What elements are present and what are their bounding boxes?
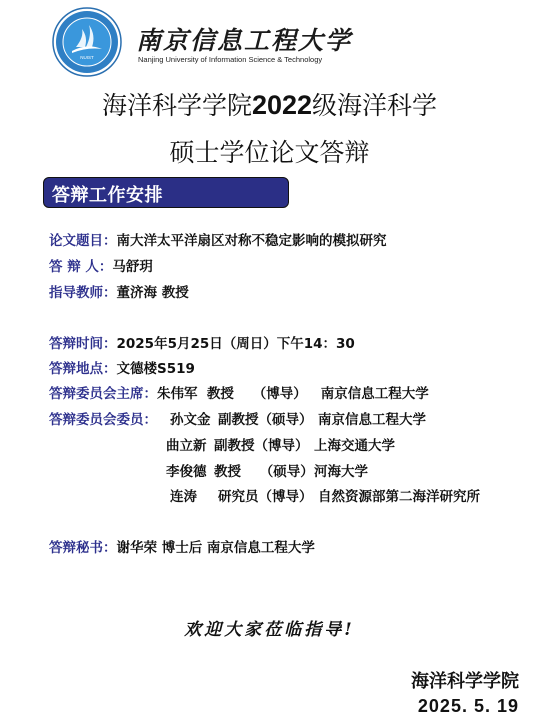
advisor-row: 指导教师：董济海 教授: [49, 284, 189, 302]
defender-name: 马舒玥: [112, 259, 153, 275]
university-logo: NUIST 南京信息工程大学 Nanjing University of Inf…: [52, 7, 312, 73]
defense-place-row: 答辩地点：文德楼S519: [49, 360, 195, 378]
svg-text:NUIST: NUIST: [80, 55, 94, 60]
thesis-topic-label: 论文题目：: [49, 233, 117, 249]
university-name-en: Nanjing University of Information Scienc…: [138, 55, 322, 64]
secretary: 谢华荣 博士后 南京信息工程大学: [117, 540, 315, 556]
page-title-line1: 海洋科学学院2022级海洋科学: [0, 86, 539, 122]
defense-place-label: 答辩地点：: [49, 361, 117, 377]
defense-time-label: 答辩时间：: [49, 336, 117, 352]
page-title-line2: 硕士学位论文答辩: [0, 133, 539, 169]
committee-member-row: 李俊德教授 （硕导）河海大学: [166, 463, 368, 481]
advisor-name: 董济海 教授: [117, 285, 189, 301]
committee-members-label-row: 答辩委员会委员：: [49, 411, 157, 429]
thesis-topic: 南大洋太平洋扇区对称不稳定影响的模拟研究: [117, 233, 387, 249]
notice-date: 2025. 5. 19: [418, 696, 519, 717]
section-header: 答辩工作安排: [43, 177, 289, 208]
university-seal-icon: NUIST: [52, 7, 122, 77]
defense-time-row: 答辩时间：2025年5月25日（周日）下午14：30: [49, 335, 355, 353]
defense-place: 文德楼S519: [117, 361, 195, 377]
university-name-cn: 南京信息工程大学: [136, 21, 352, 57]
defense-time: 2025年5月25日（周日）下午14：30: [117, 336, 355, 352]
committee-chair-label: 答辩委员会主席：: [49, 386, 157, 402]
organizer-signature: 海洋科学学院: [411, 667, 519, 693]
secretary-label: 答辩秘书：: [49, 540, 117, 556]
section-title: 答辩工作安排: [52, 181, 163, 207]
committee-member-row: 连涛研究员（博导）自然资源部第二海洋研究所: [170, 488, 480, 506]
welcome-message: 欢迎大家莅临指导!: [0, 615, 539, 640]
committee-members-label: 答辩委员会委员：: [49, 412, 157, 428]
committee-member-row: 孙文金副教授（硕导）南京信息工程大学: [170, 411, 426, 429]
committee-chair: 朱伟军 教授 （博导） 南京信息工程大学: [157, 386, 429, 402]
defender-label: 答 辩 人：: [49, 259, 112, 275]
committee-chair-row: 答辩委员会主席：朱伟军 教授 （博导） 南京信息工程大学: [49, 385, 429, 403]
committee-member-row: 曲立新副教授（博导）上海交通大学: [166, 437, 395, 455]
advisor-label: 指导教师：: [49, 285, 117, 301]
defender-row: 答 辩 人：马舒玥: [49, 258, 153, 276]
thesis-topic-row: 论文题目：南大洋太平洋扇区对称不稳定影响的模拟研究: [49, 232, 387, 250]
secretary-row: 答辩秘书：谢华荣 博士后 南京信息工程大学: [49, 539, 315, 557]
